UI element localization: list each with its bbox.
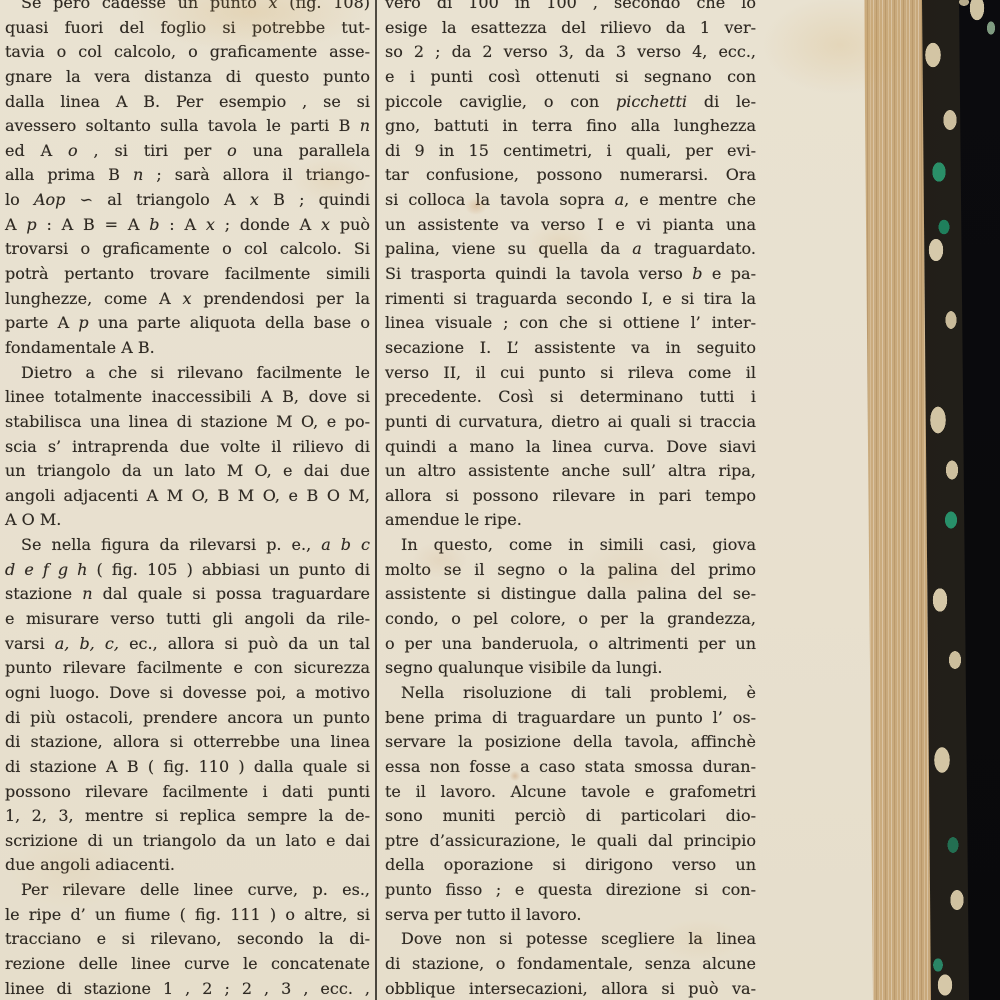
text-line: quindi a mano la linea curva. Dove siavi <box>385 435 756 460</box>
text-line: A O M. <box>5 508 370 533</box>
text-line: ed A o , si tiri per o una parallela <box>5 139 370 164</box>
text-line: linee di stazione 1 , 2 ; 2 , 3 , ecc. , <box>5 977 370 1000</box>
text-line: scia s’ intraprenda due volte il rilievo… <box>5 435 370 460</box>
text-line: della oporazione si dirigono verso un <box>385 853 756 878</box>
text-line: verso II, il cui punto si rileva come il <box>385 361 756 386</box>
text-line: punti di curvatura, dietro ai quali si t… <box>385 410 756 435</box>
text-line: Dietro a che si rilevano facilmente le <box>5 361 370 386</box>
text-line: potrà pertanto trovare facilmente simili <box>5 262 370 287</box>
text-line: segno qualunque visibile da lungi. <box>385 656 756 681</box>
text-line: Si trasporta quindi la tavola verso b e … <box>385 262 756 287</box>
text-line: di stazione, allora si otterrebbe una li… <box>5 730 370 755</box>
text-line: servare la posizione della tavola, affin… <box>385 730 756 755</box>
text-line: secazione I. L’ assistente va in seguito <box>385 336 756 361</box>
text-line: essa non fosse a caso stata smossa duran… <box>385 755 756 780</box>
text-line: molto se il segno o la palina del primo <box>385 558 756 583</box>
text-line: di stazione A B ( fig. 110 ) dalla quale… <box>5 755 370 780</box>
text-line: te il lavoro. Alcune tavole e grafometri <box>385 780 756 805</box>
text-line: alla prima B n ; sarà allora il triango- <box>5 163 370 188</box>
text-line: lunghezze, come A x prendendosi per la <box>5 287 370 312</box>
text-line: punto rilevare facilmente e con sicurezz… <box>5 656 370 681</box>
text-line: linea visuale ; con che si ottiene l’ in… <box>385 311 756 336</box>
right-text-column: vero di 100 in 100 , secondo che loesige… <box>385 0 756 1000</box>
text-line: tavia o col calcolo, o graficamente asse… <box>5 40 370 65</box>
text-line: possono rilevare facilmente i dati punti <box>5 780 370 805</box>
text-line: lo Aop ∽ al triangolo A x B ; quindi <box>5 188 370 213</box>
text-line: rimenti si traguarda secondo I, e si tir… <box>385 287 756 312</box>
text-line: d e f g h ( fig. 105 ) abbiasi un punto … <box>5 558 370 583</box>
text-line: Se nella figura da rilevarsi p. e., a b … <box>5 533 370 558</box>
text-line: precedente. Così si determinano tutti i <box>385 385 756 410</box>
text-line: dalla linea A B. Per esempio , se si <box>5 90 370 115</box>
column-divider-rule <box>375 0 377 1000</box>
text-line: condo, o pel colore, o per la grandezza, <box>385 607 756 632</box>
text-line: linee totalmente inaccessibili A B, dove… <box>5 385 370 410</box>
text-line: ptre d’assicurazione, le quali dal princ… <box>385 829 756 854</box>
scanned-book-page: Se però cadesse un punto x (fig. 108)qua… <box>0 0 1000 1000</box>
text-line: un assistente va verso I e vi pianta una <box>385 213 756 238</box>
text-line: In questo, come in simili casi, giova <box>385 533 756 558</box>
text-line: di più ostacoli, prendere ancora un punt… <box>5 706 370 731</box>
text-line: un triangolo da un lato M O, e dai due <box>5 459 370 484</box>
text-line: due angoli adiacenti. <box>5 853 370 878</box>
text-line: gnare la vera distanza di questo punto <box>5 65 370 90</box>
text-line: so 2 ; da 2 verso 3, da 3 verso 4, ecc., <box>385 40 756 65</box>
text-line: varsi a, b, c, ec., allora si può da un … <box>5 632 370 657</box>
text-line: Per rilevare delle linee curve, p. es., <box>5 878 370 903</box>
text-line: tar confusione, possono numerarsi. Ora <box>385 163 756 188</box>
text-line: punto fisso ; e questa direzione si con- <box>385 878 756 903</box>
text-line: tracciano e si rilevano, secondo la di- <box>5 927 370 952</box>
text-line: gno, battuti in terra fino alla lunghezz… <box>385 114 756 139</box>
text-line: amendue le ripe. <box>385 508 756 533</box>
text-line: quasi fuori del foglio si potrebbe tut- <box>5 16 370 41</box>
text-line: palina, viene su quella da a traguardato… <box>385 237 756 262</box>
text-line: ogni luogo. Dove si dovesse poi, a motiv… <box>5 681 370 706</box>
text-line: A p : A B = A b : A x ; donde A x può <box>5 213 370 238</box>
text-line: stazione n dal quale si possa traguardar… <box>5 582 370 607</box>
text-line: trovarsi o graficamente o col calcolo. S… <box>5 237 370 262</box>
text-line: stabilisca una linea di stazione M O, e … <box>5 410 370 435</box>
text-line: vero di 100 in 100 , secondo che lo <box>385 0 756 16</box>
text-line: obblique intersecazioni, allora si può v… <box>385 977 756 1000</box>
text-line: 1, 2, 3, mentre si replica sempre la de- <box>5 804 370 829</box>
text-line: fondamentale A B. <box>5 336 370 361</box>
text-line: angoli adjacenti A M O, B M O, e B O M, <box>5 484 370 509</box>
text-line: e i punti così ottenuti si segnano con <box>385 65 756 90</box>
text-line: Nella risoluzione di tali problemi, è <box>385 681 756 706</box>
text-line: e misurare verso tutti gli angoli da ril… <box>5 607 370 632</box>
text-line: scrizione di un triangolo da un lato e d… <box>5 829 370 854</box>
text-line: di stazione, o fondamentale, senza alcun… <box>385 952 756 977</box>
text-line: Dove non si potesse scegliere la linea <box>385 927 756 952</box>
left-text-column: Se però cadesse un punto x (fig. 108)qua… <box>5 0 370 1000</box>
text-line: allora si possono rilevare in pari tempo <box>385 484 756 509</box>
text-line: rezione delle linee curve le concatenate <box>5 952 370 977</box>
text-line: piccole caviglie, o con picchetti di le- <box>385 90 756 115</box>
text-line: di 9 in 15 centimetri, i quali, per evi- <box>385 139 756 164</box>
text-line: si colloca la tavola sopra a, e mentre c… <box>385 188 756 213</box>
text-line: sono muniti perciò di particolari dio- <box>385 804 756 829</box>
text-line: assistente si distingue dalla palina del… <box>385 582 756 607</box>
text-line: le ripe d’ un fiume ( fig. 111 ) o altre… <box>5 903 370 928</box>
text-line: Se però cadesse un punto x (fig. 108) <box>5 0 370 16</box>
text-line: bene prima di traguardare un punto l’ os… <box>385 706 756 731</box>
text-line: esige la esattezza del rilievo da 1 ver- <box>385 16 756 41</box>
text-line: parte A p una parte aliquota della base … <box>5 311 370 336</box>
text-line: un altro assistente anche sull’ altra ri… <box>385 459 756 484</box>
text-line: serva per tutto il lavoro. <box>385 903 756 928</box>
text-line: o per una banderuola, o altrimenti per u… <box>385 632 756 657</box>
text-line: avessero soltanto sulla tavola le parti … <box>5 114 370 139</box>
